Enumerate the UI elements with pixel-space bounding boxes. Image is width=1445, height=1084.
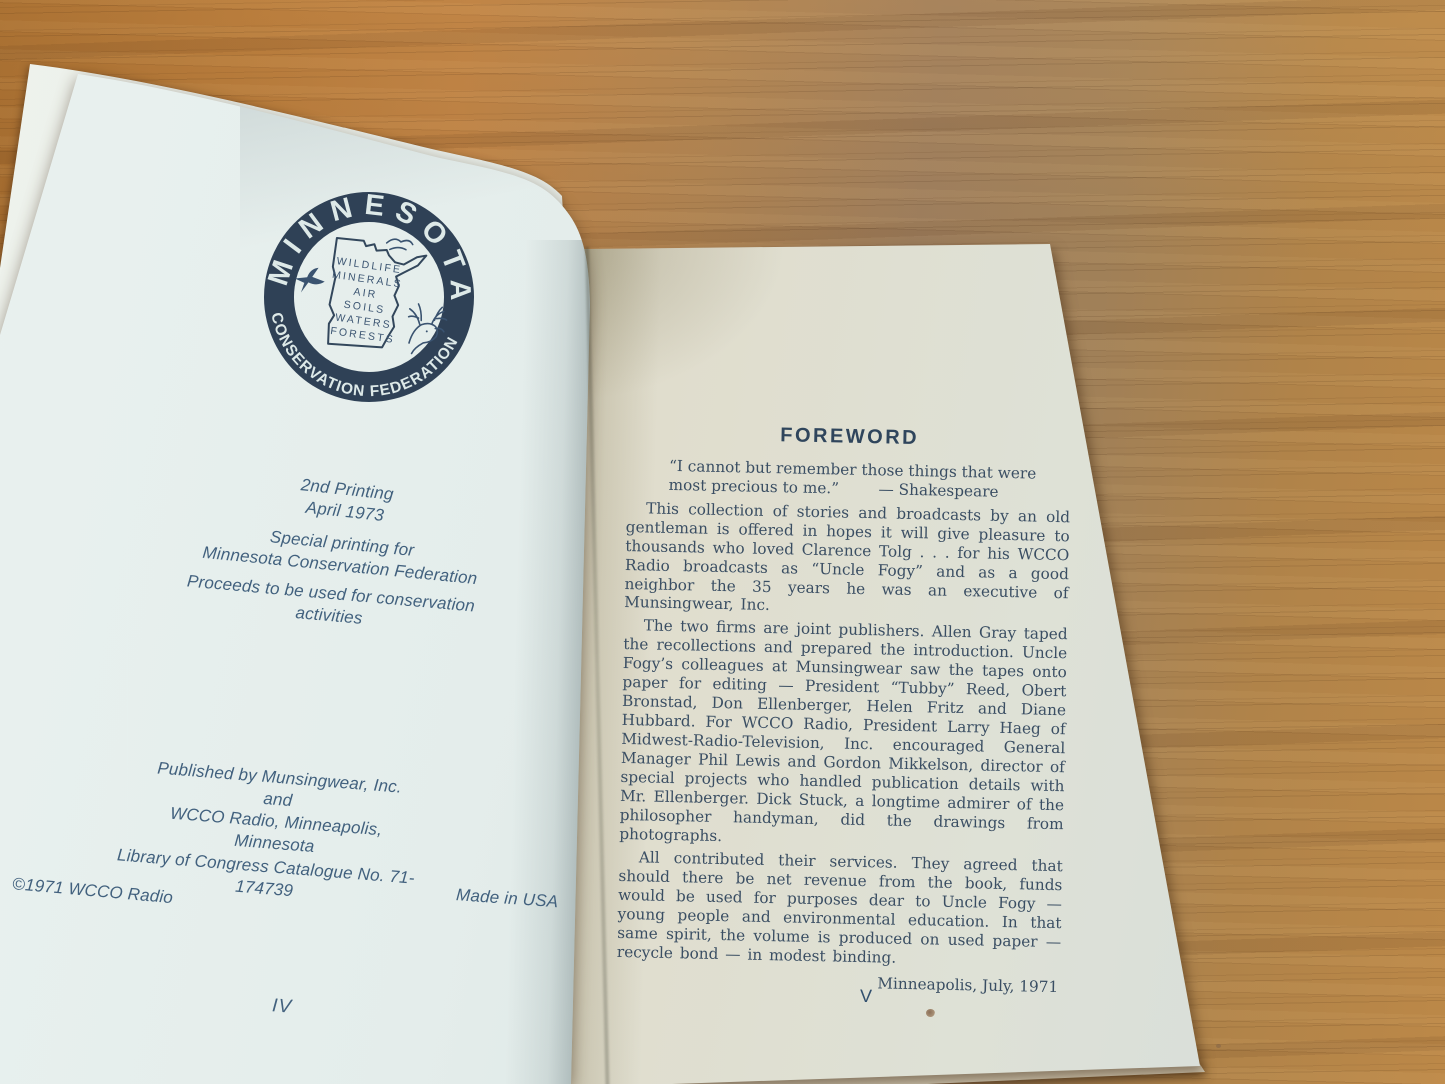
open-book-photo: FOREWORD “I cannot but remember those th… — [0, 0, 1445, 1084]
left-page: MINNESOTA CONSERVATION FEDERATION — [0, 0, 1445, 1084]
duck-icon — [386, 238, 413, 253]
seal-map-text: WILDLIFE MINERALS AIR SOILS WATERS FORES… — [323, 255, 405, 346]
dust-speck — [1216, 1044, 1221, 1048]
page-number-iv: IV — [251, 993, 313, 1022]
svg-text:AIR: AIR — [353, 286, 379, 301]
conservation-federation-seal: MINNESOTA CONSERVATION FEDERATION — [244, 172, 495, 423]
